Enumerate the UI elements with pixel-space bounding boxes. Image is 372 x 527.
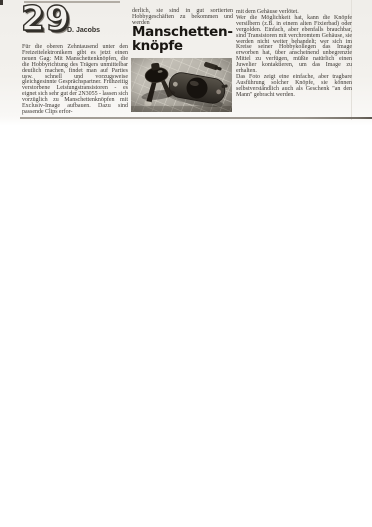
right-paragraph-2: Wer die Möglichkeit hat, kann die Knöpfe… xyxy=(236,16,352,75)
cufflinks-photo-illustration xyxy=(131,58,232,112)
scan-artifact xyxy=(0,0,3,5)
bottom-rule xyxy=(20,117,372,119)
article-title-line1: Manschetten- xyxy=(132,25,238,39)
article-title: Manschetten- knöpfe xyxy=(132,25,238,53)
article-column-left: Für die oberen Zehntausend unter den Fre… xyxy=(22,45,128,116)
article-photo xyxy=(131,58,232,112)
author-byline: D. Jacobs xyxy=(67,27,100,34)
magazine-page: 29 D. Jacobs Für die oberen Zehntausend … xyxy=(0,0,372,527)
article-title-line2: knöpfe xyxy=(132,39,238,53)
article-column-right: mit dem Gehäuse verlötet. Wer die Möglic… xyxy=(236,10,352,99)
right-paragraph-3: Das Foto zeigt eine einfache, aber tragb… xyxy=(236,75,352,99)
page-number: 29 xyxy=(21,2,70,36)
